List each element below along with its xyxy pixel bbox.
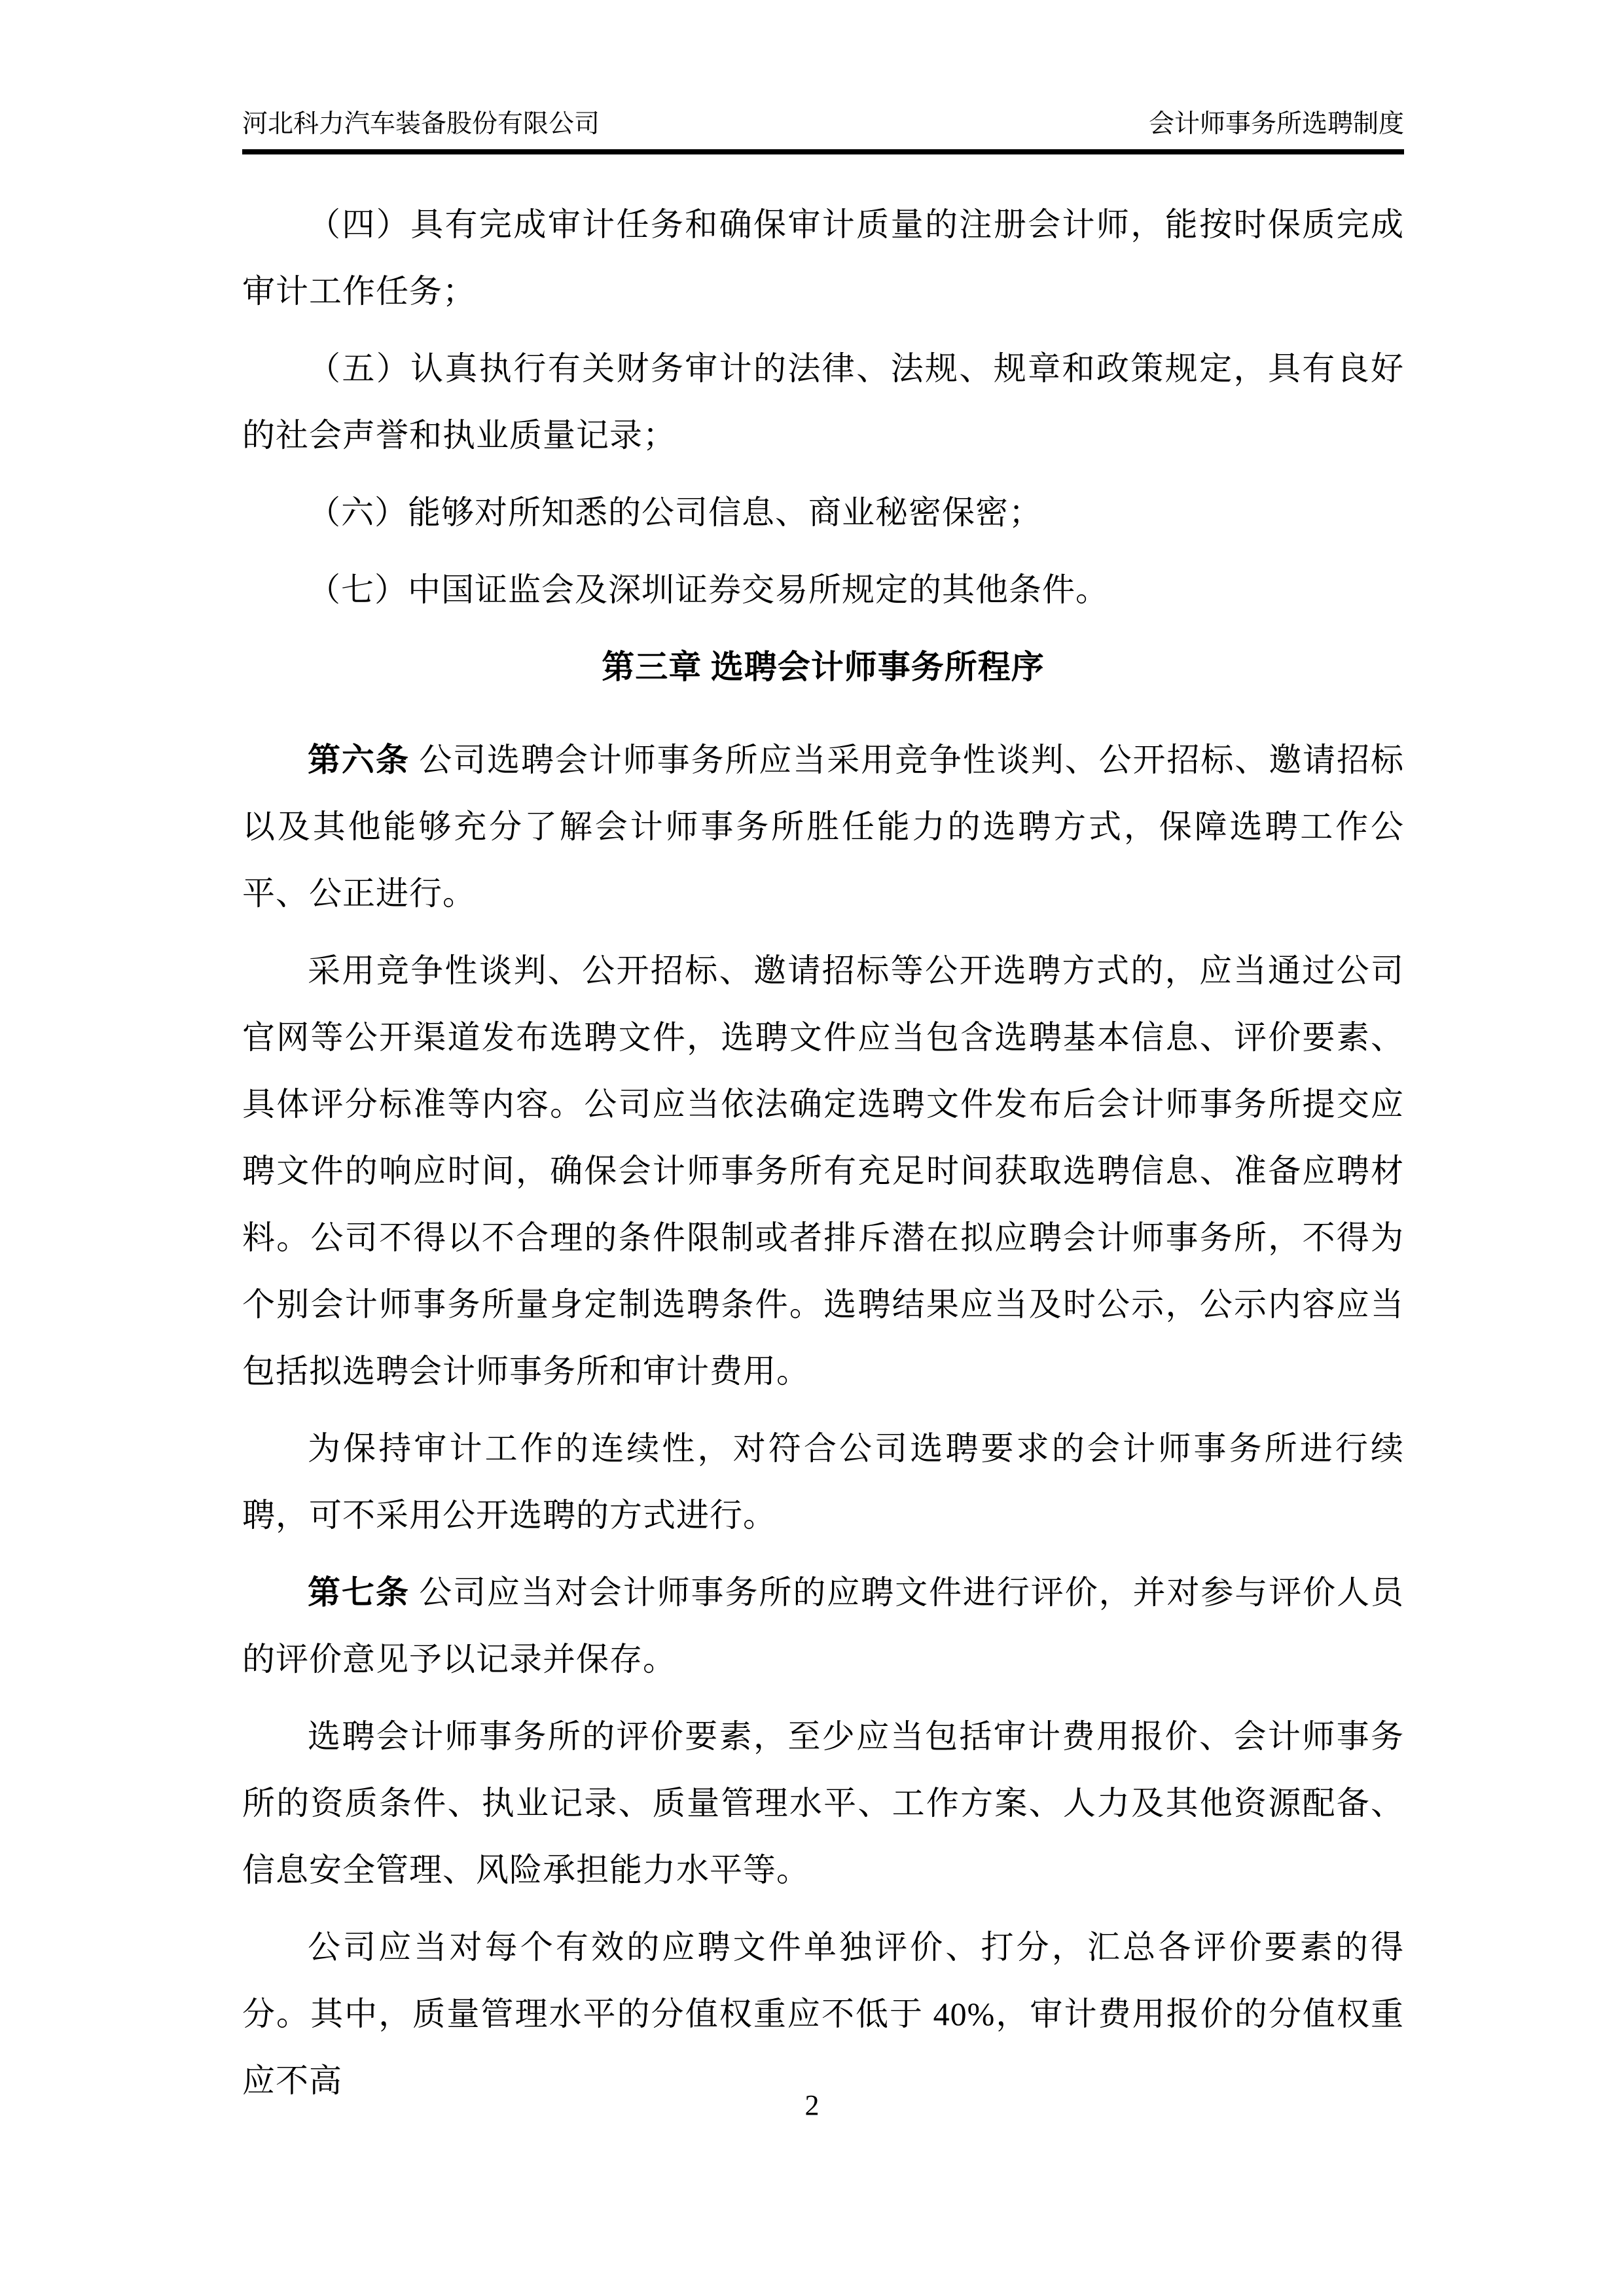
header-company-name: 河北科力汽车装备股份有限公司 (242, 109, 600, 140)
chapter-heading: 第三章 选聘会计师事务所程序 (242, 634, 1404, 700)
page-header: 河北科力汽车装备股份有限公司 会计师事务所选聘制度 (242, 109, 1404, 154)
paragraph-evaluation-factors: 选聘会计师事务所的评价要素，至少应当包括审计费用报价、会计师事务所的资质条件、执… (242, 1703, 1404, 1903)
paragraph-item-5: （五）认真执行有关财务审计的法律、法规、规章和政策规定，具有良好的社会声誉和执业… (242, 335, 1404, 469)
paragraph-renewal: 为保持审计工作的连续性，对符合公司选聘要求的会计师事务所进行续聘，可不采用公开选… (242, 1415, 1404, 1549)
article-6-text: 公司选聘会计师事务所应当采用竞争性谈判、公开招标、邀请招标以及其他能够充分了解会… (242, 742, 1404, 912)
article-7-label: 第七条 (308, 1574, 410, 1611)
page-footer: 2 (0, 2088, 1624, 2123)
page-number: 2 (805, 2089, 820, 2121)
article-6-label: 第六条 (308, 742, 410, 778)
header-doc-title: 会计师事务所选聘制度 (1149, 109, 1404, 140)
paragraph-scoring: 公司应当对每个有效的应聘文件单独评价、打分，汇总各评价要素的得分。其中，质量管理… (242, 1914, 1404, 2114)
paragraph-article-6: 第六条 公司选聘会计师事务所应当采用竞争性谈判、公开招标、邀请招标以及其他能够充… (242, 726, 1404, 927)
paragraph-item-4: （四）具有完成审计任务和确保审计质量的注册会计师，能按时保质完成审计工作任务； (242, 191, 1404, 325)
paragraph-item-7: （七）中国证监会及深圳证券交易所规定的其他条件。 (242, 556, 1404, 623)
document-body: （四）具有完成审计任务和确保审计质量的注册会计师，能按时保质完成审计工作任务； … (242, 191, 1404, 2125)
document-page: 河北科力汽车装备股份有限公司 会计师事务所选聘制度 （四）具有完成审计任务和确保… (0, 0, 1624, 2296)
paragraph-open-selection: 采用竞争性谈判、公开招标、邀请招标等公开选聘方式的，应当通过公司官网等公开渠道发… (242, 937, 1404, 1405)
paragraph-article-7: 第七条 公司应当对会计师事务所的应聘文件进行评价，并对参与评价人员的评价意见予以… (242, 1559, 1404, 1693)
article-7-text: 公司应当对会计师事务所的应聘文件进行评价，并对参与评价人员的评价意见予以记录并保… (242, 1574, 1404, 1677)
paragraph-item-6: （六）能够对所知悉的公司信息、商业秘密保密； (242, 479, 1404, 546)
